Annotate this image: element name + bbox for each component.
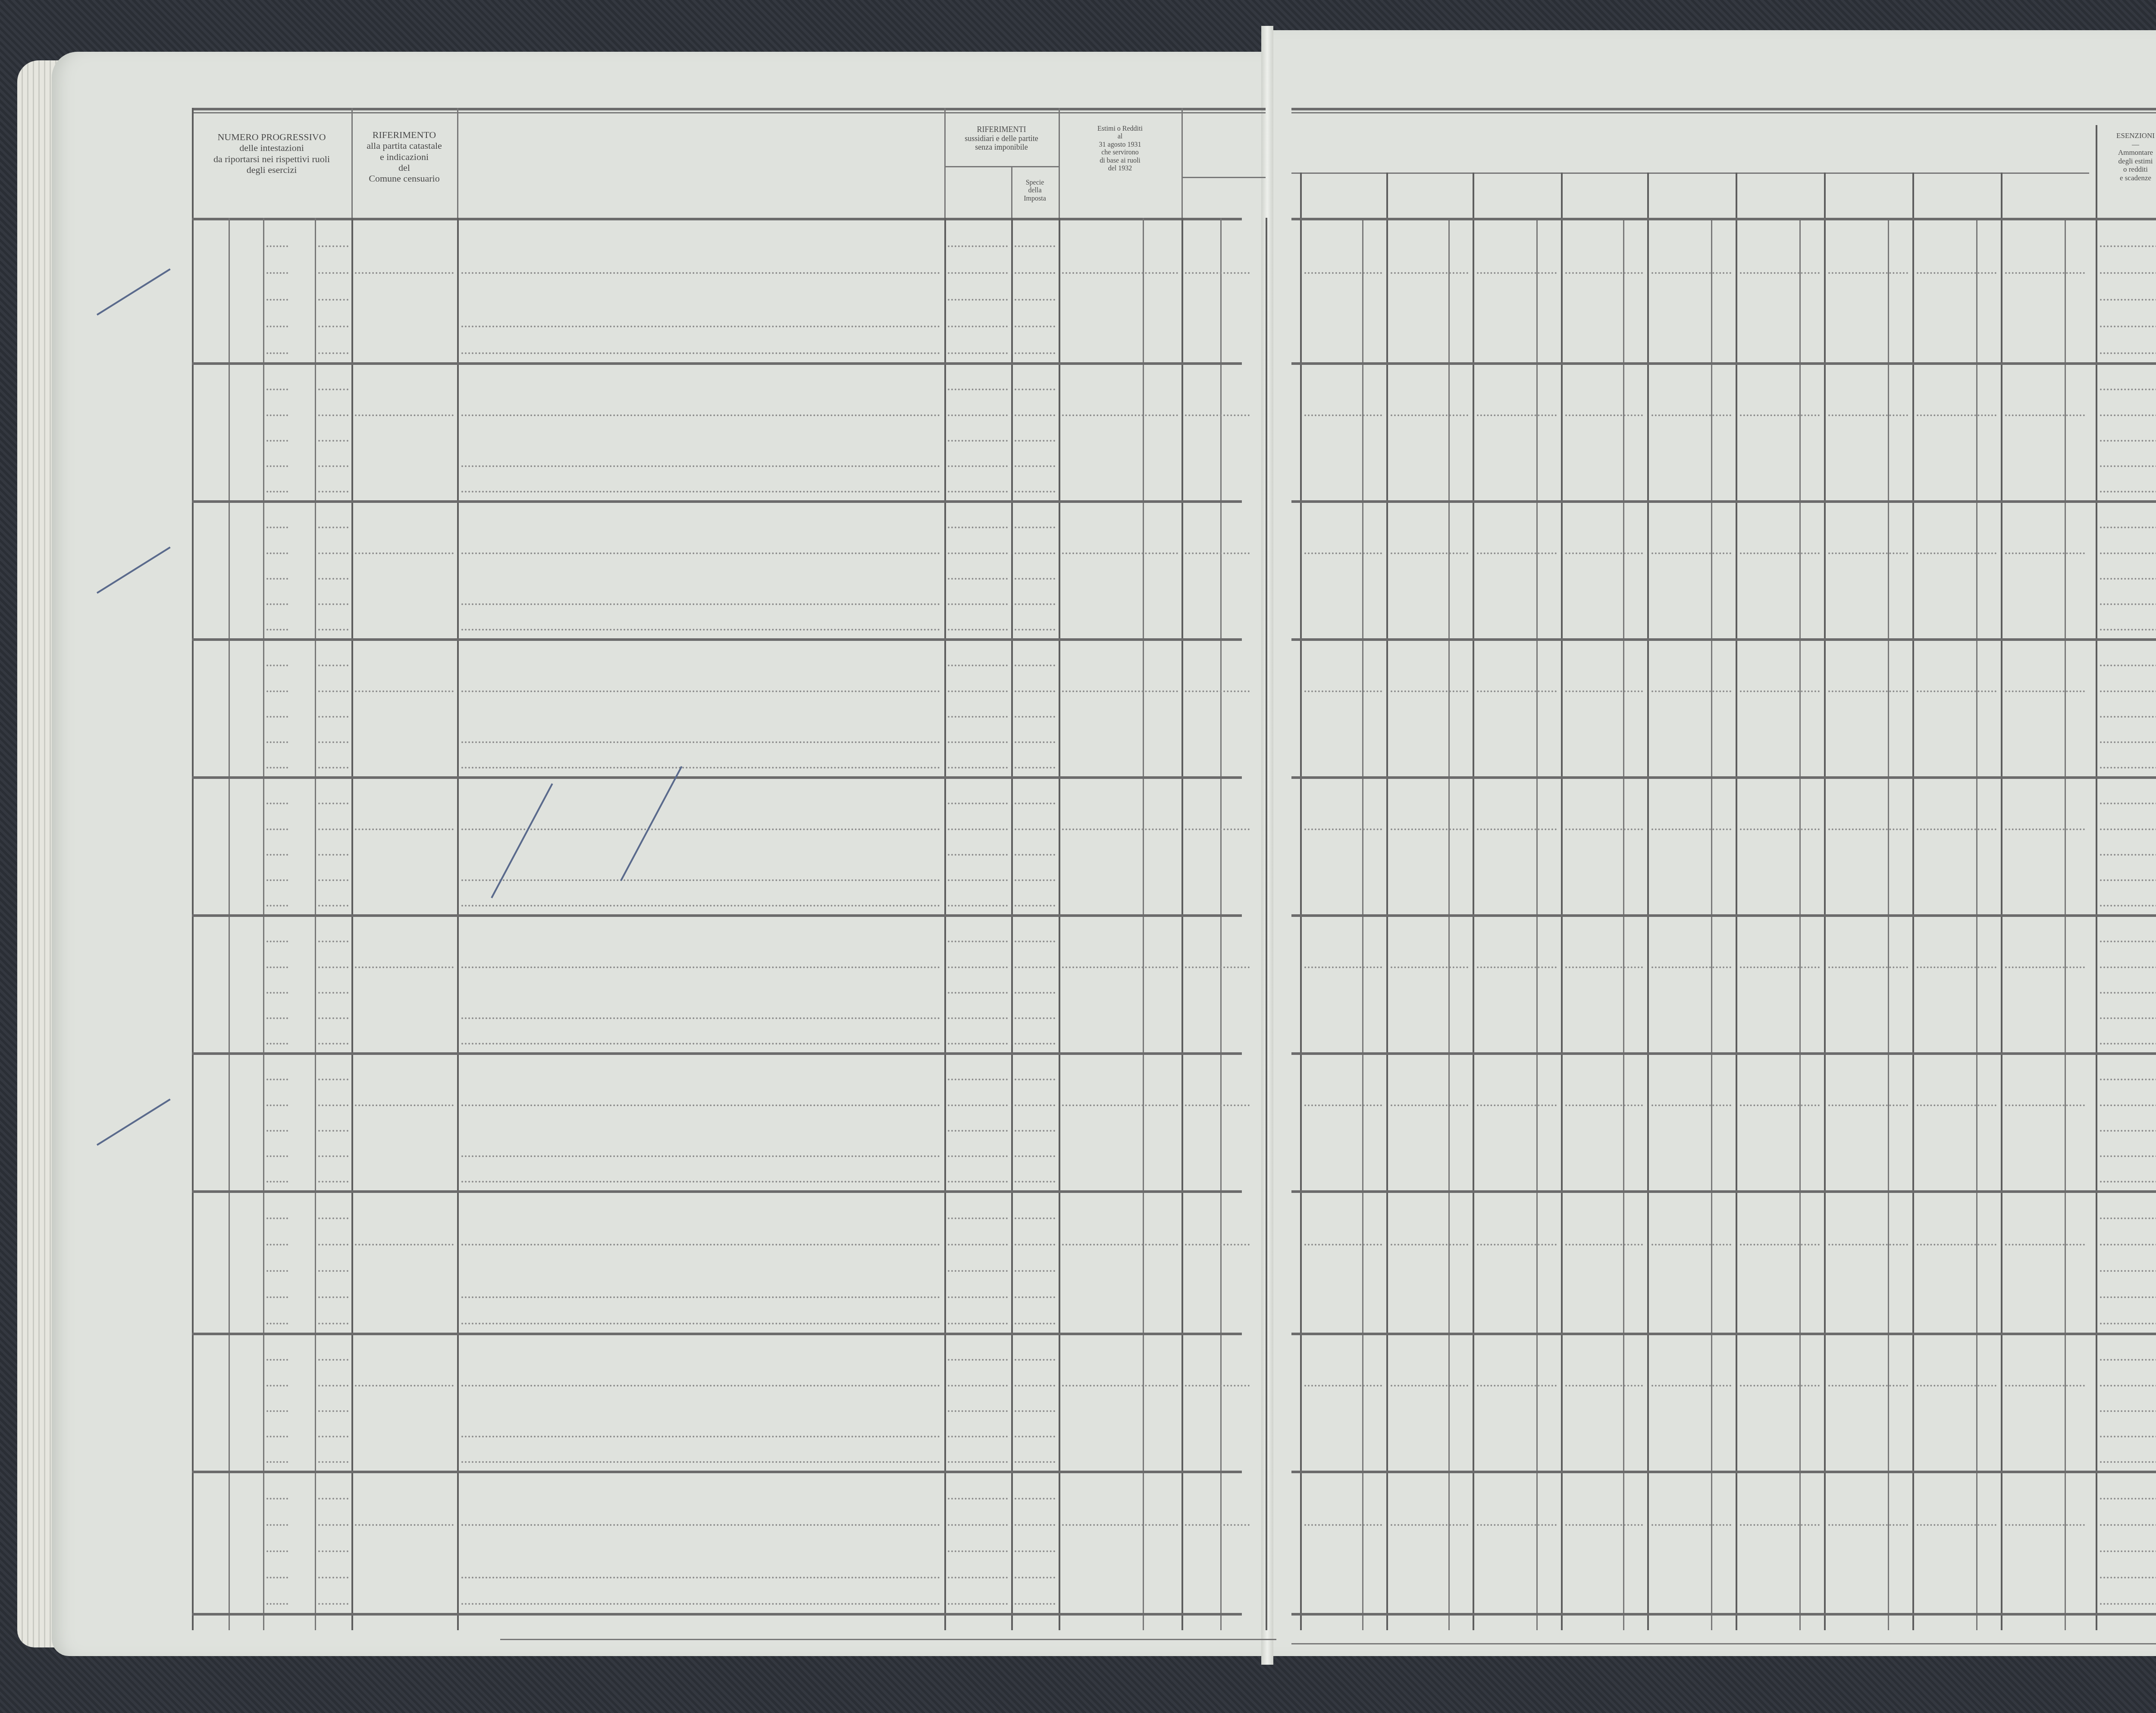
dotted-line xyxy=(318,552,348,554)
col6-header: Estimi o Redditi al 31 agosto 1931 che s… xyxy=(1059,125,1181,173)
dotted-line xyxy=(2005,272,2085,274)
dotted-line xyxy=(1477,272,1557,274)
horizontal-rule xyxy=(944,166,1059,167)
dotted-line xyxy=(318,603,348,605)
dotted-line xyxy=(318,352,348,354)
dotted-line xyxy=(318,1270,348,1272)
dotted-line xyxy=(266,665,288,666)
dotted-line xyxy=(1828,828,1908,830)
dotted-line xyxy=(948,828,1008,830)
dotted-line xyxy=(355,552,454,554)
dotted-line xyxy=(1651,828,1731,830)
entry-separator xyxy=(192,776,1242,779)
dotted-line xyxy=(1015,527,1055,528)
left-page xyxy=(52,52,1263,1656)
dotted-line xyxy=(2100,1217,2156,1219)
dotted-line xyxy=(1828,1104,1908,1106)
dotted-line xyxy=(2005,1385,2085,1387)
cents-divider xyxy=(1976,218,1977,1630)
dotted-line xyxy=(266,1217,288,1219)
dotted-line xyxy=(266,1104,288,1106)
dotted-line xyxy=(461,741,940,743)
dotted-line xyxy=(318,690,348,692)
year-column-border xyxy=(1736,173,1737,1630)
dotted-line xyxy=(948,941,1008,942)
dotted-line xyxy=(266,1461,288,1463)
dotted-line xyxy=(318,1577,348,1578)
dotted-line xyxy=(461,690,940,692)
dotted-line xyxy=(318,1550,348,1552)
dotted-line xyxy=(948,352,1008,354)
dotted-line xyxy=(266,767,288,769)
dotted-line xyxy=(2100,440,2156,442)
dotted-line xyxy=(266,905,288,907)
dotted-line xyxy=(1015,1436,1055,1437)
dotted-line xyxy=(1185,1385,1250,1387)
dotted-line xyxy=(1015,1104,1055,1106)
dotted-line xyxy=(461,767,940,769)
dotted-line xyxy=(948,1498,1008,1500)
dotted-line xyxy=(2100,690,2156,692)
dotted-line xyxy=(1015,690,1055,692)
dotted-line xyxy=(2005,414,2085,416)
dotted-line xyxy=(461,1524,940,1526)
dotted-line xyxy=(1565,1385,1643,1387)
dotted-line xyxy=(1651,966,1731,968)
dotted-line xyxy=(2100,1524,2156,1526)
dotted-line xyxy=(1015,552,1055,554)
dotted-line xyxy=(948,1244,1008,1246)
dotted-line xyxy=(1917,966,1996,968)
dotted-line xyxy=(1477,1524,1557,1526)
dotted-line xyxy=(266,299,288,301)
dotted-line xyxy=(266,389,288,390)
horizontal-rule xyxy=(1291,1643,2156,1644)
dotted-line xyxy=(2100,1359,2156,1361)
dotted-line xyxy=(318,854,348,856)
dotted-line xyxy=(2100,1550,2156,1552)
dotted-line xyxy=(2100,1043,2156,1045)
dotted-line xyxy=(461,1043,940,1045)
dotted-line xyxy=(948,1181,1008,1183)
entry-separator xyxy=(192,1190,1242,1193)
dotted-line xyxy=(461,905,940,907)
dotted-line xyxy=(1828,966,1908,968)
dotted-line xyxy=(266,465,288,467)
dotted-line xyxy=(355,1385,454,1387)
dotted-line xyxy=(266,491,288,493)
dotted-line xyxy=(1062,1524,1178,1526)
dotted-line xyxy=(2100,1498,2156,1500)
dotted-line xyxy=(318,665,348,666)
dotted-line xyxy=(318,1244,348,1246)
dotted-line xyxy=(1565,690,1643,692)
dotted-line xyxy=(1391,552,1468,554)
dotted-line xyxy=(1651,272,1731,274)
dotted-line xyxy=(2100,465,2156,467)
dotted-line xyxy=(318,1524,348,1526)
dotted-line xyxy=(1740,552,1820,554)
dotted-line xyxy=(948,1296,1008,1298)
dotted-line xyxy=(266,1155,288,1157)
dotted-line xyxy=(948,578,1008,580)
dotted-line xyxy=(948,1043,1008,1045)
dotted-line xyxy=(266,578,288,580)
year-column-border xyxy=(1386,173,1388,1630)
entry-separator xyxy=(192,500,1242,503)
dotted-line xyxy=(318,828,348,830)
dotted-line xyxy=(948,414,1008,416)
dotted-line xyxy=(1185,1524,1250,1526)
dotted-line xyxy=(318,299,348,301)
dotted-line xyxy=(2100,741,2156,743)
entry-separator xyxy=(1291,1471,2156,1473)
dotted-line xyxy=(1015,603,1055,605)
dotted-line xyxy=(318,326,348,327)
entry-separator xyxy=(1291,776,2156,779)
dotted-line xyxy=(1477,690,1557,692)
dotted-line xyxy=(1917,1244,1996,1246)
dotted-line xyxy=(2100,1104,2156,1106)
dotted-line xyxy=(2005,1244,2085,1246)
dotted-line xyxy=(1740,1385,1820,1387)
vertical-rule xyxy=(1266,218,1267,1630)
dotted-line xyxy=(318,1130,348,1132)
dotted-line xyxy=(1015,326,1055,327)
dotted-line xyxy=(1015,992,1055,994)
dotted-line xyxy=(2100,1603,2156,1605)
dotted-line xyxy=(318,272,348,274)
vertical-rule xyxy=(229,218,230,1630)
dotted-line xyxy=(1391,690,1468,692)
dotted-line xyxy=(318,1436,348,1437)
dotted-line xyxy=(355,1524,454,1526)
dotted-line xyxy=(2100,803,2156,804)
dotted-line xyxy=(1391,1524,1468,1526)
dotted-line xyxy=(1015,465,1055,467)
dotted-line xyxy=(1477,1104,1557,1106)
dotted-line xyxy=(1304,690,1382,692)
dotted-line xyxy=(948,1524,1008,1526)
dotted-line xyxy=(2005,828,2085,830)
dotted-line xyxy=(266,1079,288,1080)
dotted-line xyxy=(1015,352,1055,354)
dotted-line xyxy=(1651,1524,1731,1526)
dotted-line xyxy=(1185,414,1250,416)
dotted-line xyxy=(1477,414,1557,416)
header-bottom-rule xyxy=(1291,218,2156,220)
dotted-line xyxy=(1015,299,1055,301)
dotted-line xyxy=(1015,1359,1055,1361)
dotted-line xyxy=(266,1410,288,1412)
dotted-line xyxy=(2100,966,2156,968)
dotted-line xyxy=(318,1461,348,1463)
horizontal-rule xyxy=(1291,173,2089,174)
dotted-line xyxy=(461,1296,940,1298)
dotted-line xyxy=(948,1130,1008,1132)
dotted-line xyxy=(1565,272,1643,274)
dotted-line xyxy=(1185,690,1250,692)
dotted-line xyxy=(948,465,1008,467)
dotted-line xyxy=(2005,552,2085,554)
col2-header: RIFERIMENTO alla partita catastale e ind… xyxy=(354,129,455,184)
dotted-line xyxy=(948,440,1008,442)
dotted-line xyxy=(948,716,1008,718)
dotted-line xyxy=(461,1436,940,1437)
dotted-line xyxy=(1015,716,1055,718)
dotted-line xyxy=(461,828,940,830)
year-column-border xyxy=(1824,173,1826,1630)
dotted-line xyxy=(948,326,1008,327)
dotted-line xyxy=(948,1410,1008,1412)
dotted-line xyxy=(1015,440,1055,442)
dotted-line xyxy=(355,690,454,692)
dotted-line xyxy=(461,1461,940,1463)
dotted-line xyxy=(266,879,288,881)
dotted-line xyxy=(461,491,940,493)
dotted-line xyxy=(1651,690,1731,692)
dotted-line xyxy=(318,1296,348,1298)
vertical-rule xyxy=(263,218,264,1630)
dotted-line xyxy=(318,1017,348,1019)
dotted-line xyxy=(948,1217,1008,1219)
horizontal-rule xyxy=(1291,112,2156,113)
dotted-line xyxy=(461,966,940,968)
entry-separator xyxy=(1291,638,2156,641)
dotted-line xyxy=(318,1181,348,1183)
dotted-line xyxy=(1062,1244,1178,1246)
dotted-line xyxy=(1062,690,1178,692)
dotted-line xyxy=(1304,1524,1382,1526)
vertical-rule xyxy=(351,108,353,218)
dotted-line xyxy=(1477,828,1557,830)
dotted-line xyxy=(2100,941,2156,942)
dotted-line xyxy=(1062,966,1178,968)
dotted-line xyxy=(461,603,940,605)
dotted-line xyxy=(461,272,940,274)
vertical-rule xyxy=(351,218,353,1630)
dotted-line xyxy=(318,1217,348,1219)
dotted-line xyxy=(2100,352,2156,354)
dotted-line xyxy=(948,1017,1008,1019)
dotted-line xyxy=(1015,905,1055,907)
dotted-line xyxy=(318,1498,348,1500)
dotted-line xyxy=(266,1359,288,1361)
dotted-line xyxy=(1304,828,1382,830)
dotted-line xyxy=(355,828,454,830)
dotted-line xyxy=(355,414,454,416)
dotted-line xyxy=(948,1577,1008,1578)
cents-divider xyxy=(1448,218,1450,1630)
dotted-line xyxy=(1015,1461,1055,1463)
dotted-line xyxy=(1828,1524,1908,1526)
dotted-line xyxy=(2100,716,2156,718)
dotted-line xyxy=(1015,1550,1055,1552)
dotted-line xyxy=(1565,414,1643,416)
dotted-line xyxy=(2100,552,2156,554)
dotted-line xyxy=(2100,578,2156,580)
dotted-line xyxy=(1304,1385,1382,1387)
dotted-line xyxy=(461,326,940,327)
dotted-line xyxy=(266,603,288,605)
dotted-line xyxy=(266,828,288,830)
dotted-line xyxy=(1477,966,1557,968)
dotted-line xyxy=(318,1079,348,1080)
dotted-line xyxy=(1304,414,1382,416)
cents-divider xyxy=(1623,218,1624,1630)
dotted-line xyxy=(1740,1104,1820,1106)
dotted-line xyxy=(1015,1217,1055,1219)
dotted-line xyxy=(1062,1104,1178,1106)
dotted-line xyxy=(1015,1155,1055,1157)
dotted-line xyxy=(1740,414,1820,416)
dotted-line xyxy=(2100,1079,2156,1080)
dotted-line xyxy=(1740,966,1820,968)
dotted-line xyxy=(318,1043,348,1045)
dotted-line xyxy=(318,879,348,881)
dotted-line xyxy=(1565,1524,1643,1526)
dotted-line xyxy=(318,741,348,743)
dotted-line xyxy=(266,1603,288,1605)
dotted-line xyxy=(1565,828,1643,830)
dotted-line xyxy=(1015,1323,1055,1324)
dotted-line xyxy=(318,1359,348,1361)
vertical-rule xyxy=(315,218,316,1630)
dotted-line xyxy=(948,905,1008,907)
col17-border xyxy=(2096,125,2097,1630)
dotted-line xyxy=(266,1436,288,1437)
dotted-line xyxy=(1015,1524,1055,1526)
dotted-line xyxy=(1185,1244,1250,1246)
dotted-line xyxy=(948,1436,1008,1437)
dotted-line xyxy=(1062,1385,1178,1387)
dotted-line xyxy=(461,1323,940,1324)
dotted-line xyxy=(948,491,1008,493)
dotted-line xyxy=(266,245,288,247)
dotted-line xyxy=(1015,1577,1055,1578)
dotted-line xyxy=(318,767,348,769)
entry-separator xyxy=(192,362,1242,365)
dotted-line xyxy=(1917,1524,1996,1526)
dotted-line xyxy=(1917,414,1996,416)
header-bottom-rule xyxy=(192,218,1242,220)
dotted-line xyxy=(948,767,1008,769)
dotted-line xyxy=(2100,245,2156,247)
dotted-line xyxy=(2100,272,2156,274)
right-page xyxy=(1270,30,2156,1656)
entry-separator xyxy=(192,1471,1242,1473)
dotted-line xyxy=(1015,1244,1055,1246)
dotted-line xyxy=(266,1577,288,1578)
dotted-line xyxy=(2100,414,2156,416)
dotted-line xyxy=(461,552,940,554)
dotted-line xyxy=(318,803,348,804)
vertical-rule xyxy=(1181,218,1183,1630)
dotted-line xyxy=(948,1323,1008,1324)
dotted-line xyxy=(1015,828,1055,830)
cents-divider xyxy=(1536,218,1538,1630)
dotted-line xyxy=(461,1244,940,1246)
dotted-line xyxy=(2100,299,2156,301)
dotted-line xyxy=(2100,603,2156,605)
dotted-line xyxy=(1477,1385,1557,1387)
cents-divider xyxy=(1362,218,1363,1630)
dotted-line xyxy=(2100,854,2156,856)
dotted-line xyxy=(2100,1410,2156,1412)
dotted-line xyxy=(948,1155,1008,1157)
dotted-line xyxy=(1015,1270,1055,1272)
dotted-line xyxy=(1828,552,1908,554)
table-top-rule xyxy=(192,108,1266,110)
table-top-rule xyxy=(1291,108,2156,110)
dotted-line xyxy=(2100,1270,2156,1272)
col1-header: NUMERO PROGRESSIVO delle intestazioni da… xyxy=(194,132,349,175)
dotted-line xyxy=(1015,741,1055,743)
dotted-line xyxy=(461,1155,940,1157)
entry-separator xyxy=(192,1052,1242,1055)
dotted-line xyxy=(2100,767,2156,769)
dotted-line xyxy=(2100,1296,2156,1298)
dotted-line xyxy=(1015,414,1055,416)
dotted-line xyxy=(266,552,288,554)
dotted-line xyxy=(266,1017,288,1019)
dotted-line xyxy=(948,665,1008,666)
dotted-line xyxy=(1304,1104,1382,1106)
dotted-line xyxy=(266,272,288,274)
dotted-line xyxy=(1015,941,1055,942)
dotted-line xyxy=(266,741,288,743)
dotted-line xyxy=(2100,905,2156,907)
horizontal-rule xyxy=(192,112,1266,113)
dotted-line xyxy=(1015,629,1055,631)
dotted-line xyxy=(461,1603,940,1605)
dotted-line xyxy=(461,1017,940,1019)
dotted-line xyxy=(948,1603,1008,1605)
dotted-line xyxy=(1477,552,1557,554)
col45-header: RIFERIMENTI sussidiari e delle partite s… xyxy=(944,125,1059,152)
dotted-line xyxy=(948,272,1008,274)
dotted-line xyxy=(1185,272,1250,274)
dotted-line xyxy=(266,1296,288,1298)
dotted-line xyxy=(948,389,1008,390)
entry-separator xyxy=(1291,1613,2156,1616)
dotted-line xyxy=(1304,272,1382,274)
dotted-line xyxy=(948,603,1008,605)
dotted-line xyxy=(1015,966,1055,968)
dotted-line xyxy=(318,1385,348,1387)
year-column-border xyxy=(1300,173,1302,1630)
dotted-line xyxy=(461,352,940,354)
year-column-border xyxy=(1647,173,1649,1630)
dotted-line xyxy=(2100,879,2156,881)
year-column-border xyxy=(1561,173,1563,1630)
dotted-line xyxy=(2005,1524,2085,1526)
dotted-line xyxy=(1185,828,1250,830)
dotted-line xyxy=(948,527,1008,528)
dotted-line xyxy=(1740,272,1820,274)
dotted-line xyxy=(318,1410,348,1412)
vertical-rule xyxy=(1143,218,1144,1630)
dotted-line xyxy=(266,803,288,804)
dotted-line xyxy=(1917,272,1996,274)
vertical-rule xyxy=(1181,108,1183,218)
dotted-line xyxy=(1565,552,1643,554)
dotted-line xyxy=(355,272,454,274)
dotted-line xyxy=(266,690,288,692)
dotted-line xyxy=(1062,552,1178,554)
dotted-line xyxy=(948,1079,1008,1080)
dotted-line xyxy=(1391,966,1468,968)
